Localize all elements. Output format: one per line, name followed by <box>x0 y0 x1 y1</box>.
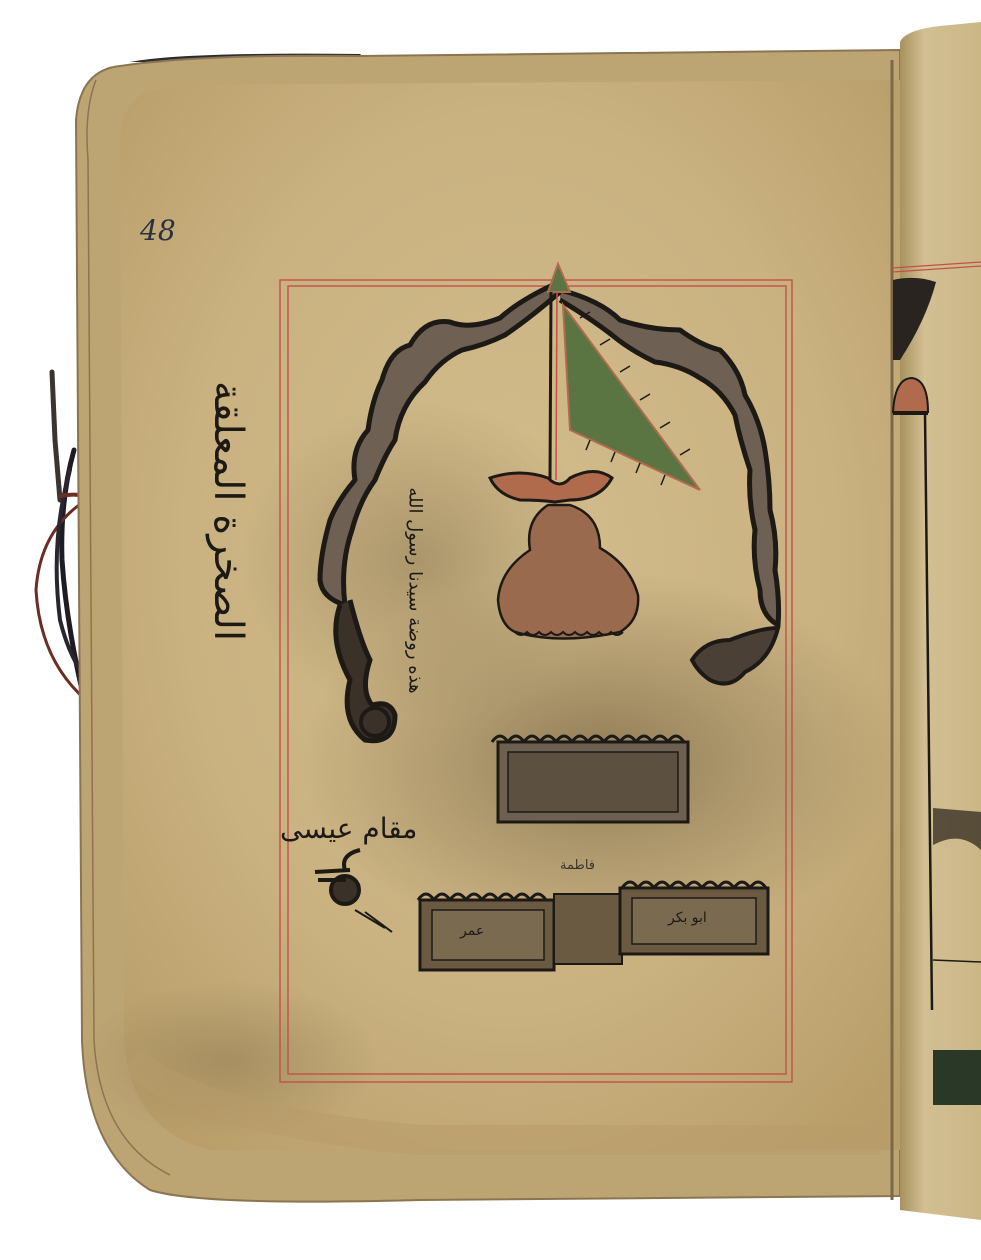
maqam-label: مقام عيسى <box>280 812 417 845</box>
tomb-right-label: ابو بكر <box>668 910 707 926</box>
tomb-left-label: عمر <box>460 923 484 939</box>
manuscript-illustration <box>0 0 981 1260</box>
side-caption: الصخرة المعلقة <box>205 311 251 711</box>
flag-pole <box>550 292 551 480</box>
tomb-left <box>418 894 554 970</box>
tomb-gap-label: فاطمة <box>560 858 595 873</box>
dome-caption: هذه روضة سيدنا رسول الله <box>405 451 426 731</box>
tomb-upper <box>492 736 688 822</box>
tomb-gap <box>554 894 622 964</box>
right-page-green-panel <box>933 1050 981 1105</box>
folio-number: 48 <box>140 214 176 247</box>
manuscript-photo: 48 الصخرة المعلقة هذه روضة سيدنا رسول ال… <box>0 0 981 1260</box>
page-right <box>900 22 981 1220</box>
